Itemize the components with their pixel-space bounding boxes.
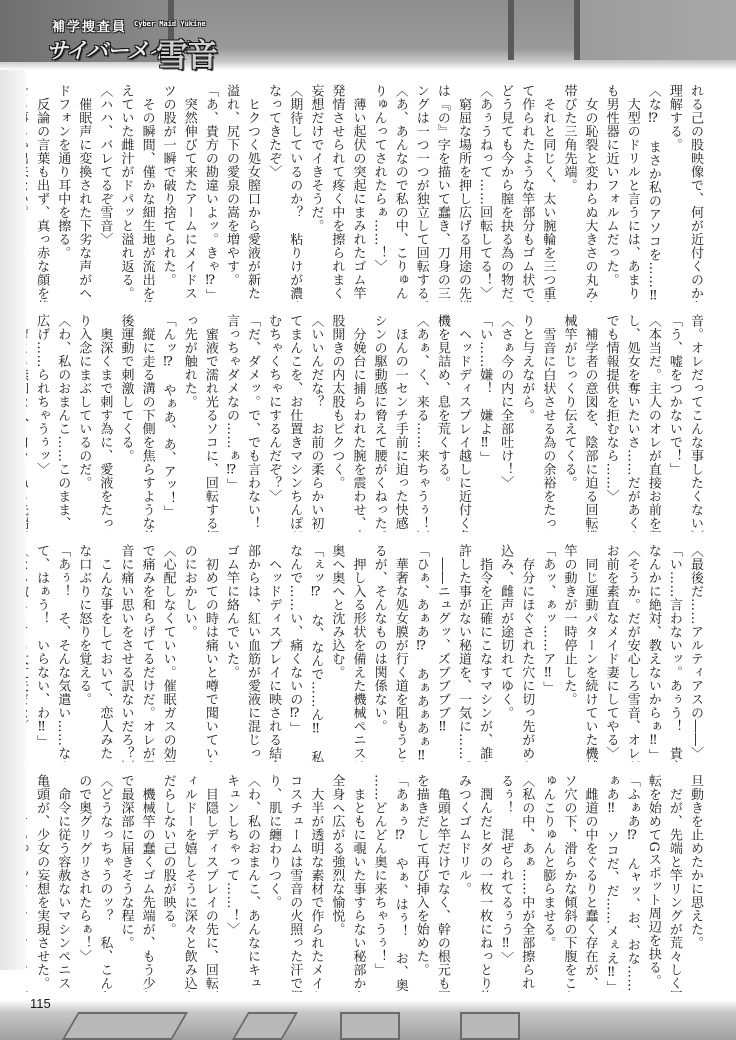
text-column: でも情報提供を拒むなら……〉 xyxy=(601,314,622,532)
text-column: えていた雌汁がドパッと溢れ返る。 xyxy=(115,84,136,302)
text-column: は『の』字を描いて蠢き、刀身の三リ xyxy=(432,84,453,302)
text-column: 〈最後だ……アルティアスの――〉 xyxy=(685,544,706,762)
text-column: 分娩台に捕らわれた腕を震わせ、大 xyxy=(347,314,368,532)
text-column: 〈わ、私のおまんこ……このまま、ひ、 xyxy=(52,314,73,532)
text-column: どう見ても今から膣を抉る為の物だ。 xyxy=(495,84,516,302)
text-column: るぅ！ 混ぜられてるぅう‼〉 xyxy=(495,774,516,992)
text-column: 潤んだヒダの一枚一枚にねっとり絡 xyxy=(474,774,495,992)
text-column: 〈わ、私のおまんこ、あんなにキュン xyxy=(242,774,263,992)
text-column: 発情させられて疼く中を擦られまくる xyxy=(326,84,347,302)
text-column: 機械竿の蠢くゴム先端が、もう少し xyxy=(136,774,157,992)
text-column: 〈なら激しくても大丈夫だな〉 xyxy=(26,544,31,762)
background-frame-shape xyxy=(340,1012,400,1040)
text-column: ――ニュグッ、ズブブブブ‼ xyxy=(432,544,453,762)
text-column: 雪音に白状させる為の余裕をたっぷ xyxy=(537,314,558,532)
text-column: 「だ、ダメッ。で、でも言わない！ xyxy=(242,314,263,532)
text-column: 後運動で刺激してくる。 xyxy=(115,314,136,532)
text-column: 〈あぁ、く、来る……来ちゃうぅ！〉 xyxy=(411,314,432,532)
text-column: 〈な⁉ まさか私のアソコを……‼〉 xyxy=(643,84,664,302)
text-column: 「い……言わないッ。あぅう！ 貴方 xyxy=(664,544,685,762)
text-column: 窮屈な場所を押し広げる用途の先端 xyxy=(453,84,474,302)
text-column: ゴム竿に絡んでいた。 xyxy=(221,544,242,762)
text-column: 「あッ、ぁッ……ア‼」 xyxy=(537,544,558,762)
text-column: 機を見詰め、息を荒くする。 xyxy=(432,314,453,532)
text-tier-1: れる己の股映像で、何が近付くのかを理解する。〈な⁉ まさか私のアソコを……‼〉 … xyxy=(26,84,706,302)
text-column: 蜜液で濡れ光るソコに、回転する切 xyxy=(200,314,221,532)
text-column: 〈いいんだな？ お前の柔らかい初め xyxy=(305,314,326,532)
text-column: 「ふぁあ⁉ んャッ、お、おな……か xyxy=(622,774,643,992)
text-column: ので奥グリグリされたらぁ！〉 xyxy=(73,774,94,992)
text-column: 旦動きを止めたかに思えた。 xyxy=(685,774,706,992)
text-column: 言っちゃダメなの……ぁ⁉」 xyxy=(221,314,242,532)
logo-main-kanji: 雪音 xyxy=(156,30,216,76)
text-column: 目隠しディスプレイの先に、回転デ xyxy=(200,774,221,992)
logo-english-title: Cyber Maid Yukine xyxy=(134,20,206,28)
text-column: ングは一つ一つが独立して回転する。 xyxy=(411,84,432,302)
text-column: 「い……嫌！ 嫌よ‼」 xyxy=(474,314,495,532)
text-column: てまんこを、お仕置きマシンちんぽが xyxy=(284,314,305,532)
text-column: し、処女を奪いたいさ……だがあくま xyxy=(622,314,643,532)
text-column: のにおかしい。 xyxy=(179,544,200,762)
text-column: 「ひぁ、あぁあ⁉ あぁあぁあぁ‼」 xyxy=(411,544,432,762)
text-column: を描きだして再び挿入を始めた。 xyxy=(411,774,432,992)
text-column: 「んッ⁉ やぁあ、あ、アッ！」 xyxy=(158,314,179,532)
series-title-logo: 補学捜査員 Cyber Maid Yukine サイバーメイド 雪音 xyxy=(38,10,238,68)
text-column: ソ穴の下、滑らかな傾斜の下腹をこり xyxy=(558,774,579,992)
footer-background-art xyxy=(0,1000,736,1040)
background-window-pane xyxy=(580,0,736,60)
text-column: 窄まる無知な入り口をうねる先端が xyxy=(26,314,31,532)
text-column: 縦に走る溝の下側を焦らすような前 xyxy=(136,314,157,532)
text-column: みつくゴムドリル。 xyxy=(453,774,474,992)
text-column: 音に痛い思いをさせる訳ないだろ？〉 xyxy=(115,544,136,762)
text-column: 〈期待しているのか？ 粘りけが濃く xyxy=(284,84,305,302)
text-column: 大半が透明な素材で作られたメイド xyxy=(305,774,326,992)
text-column: なってきたぞ〉 xyxy=(263,84,284,302)
text-column: り入念にまぶしているのだ。 xyxy=(73,314,94,532)
text-column: お前を素直なメイド妻にしてやる〉 xyxy=(601,544,622,762)
text-column: 雌道の中をぐるりと蠢く存在が、ヘ xyxy=(579,774,600,992)
text-column: 薄い起伏の突起にまみれたゴム竿で、 xyxy=(347,84,368,302)
text-column: 〈さぁ今の内に全部吐け！〉 xyxy=(495,314,516,532)
text-column: て、はぁう！ いらない、わ‼」 xyxy=(31,544,52,762)
text-column: 溢れ、尻下の愛泉の嵩を増やす。 xyxy=(221,84,242,302)
text-column: 込み、雌声が途切れてゆく。 xyxy=(495,544,516,762)
text-column: 〈本当だ。主人のオレが直接お前を犯 xyxy=(643,314,664,532)
text-column: 音。オレだってこんな事したくない〉 xyxy=(685,314,706,532)
text-column: ヒクつく処女膣口から愛液が新たに xyxy=(242,84,263,302)
text-column: 指令を正確にこなすマシンが、誰も xyxy=(474,544,495,762)
background-frame-shape xyxy=(62,1012,188,1040)
text-column: 〈私の中、あぁ……中が全部擦られて xyxy=(516,774,537,992)
text-column: 竿の動きが一時停止した。 xyxy=(558,544,579,762)
text-column: 「あぁぅ⁉ やぁ、はぅ！ お、奥に xyxy=(390,774,411,992)
text-column: っ先が触れた。 xyxy=(179,314,200,532)
text-column: て作られたような竿部分もゴム状で、 xyxy=(516,84,537,302)
text-column: 亀頭と竿だけでなく、幹の根元も円 xyxy=(432,774,453,992)
text-column: シンの駆動感に脅えて腰がくねった。 xyxy=(369,314,390,532)
text-column: 帯びた三角先端。 xyxy=(558,84,579,302)
text-column: りゅんってされたらぁ……！〉 xyxy=(369,84,390,302)
text-column: 股開きの内太股もピクつく。 xyxy=(326,314,347,532)
text-column: な口ぶりに怒りを覚える。 xyxy=(73,544,94,762)
text-column: 〈あぅうねって……回転してる！〉 xyxy=(474,84,495,302)
background-window-frame xyxy=(508,0,514,60)
text-column: ィルドーを嬉しそうに深々と飲み込む xyxy=(179,774,200,992)
text-column: むちゃくちゃにするんだぞ？〉 xyxy=(263,314,284,532)
text-tier-4: 旦動きを止めたかに思えた。 だが、先端と竿リングが荒々しく回転を始めてGスポット… xyxy=(26,774,706,992)
text-column: 大型のドリルと言うには、あまりに xyxy=(622,84,643,302)
text-column: 同じ運動パターンを続けていた機械 xyxy=(579,544,600,762)
text-column: ツの股が一瞬で破り捨てられた。 xyxy=(158,84,179,302)
text-column: で最深部に届きそうな程に。 xyxy=(115,774,136,992)
text-column: 奥へ奥へと沈み込む。 xyxy=(326,544,347,762)
text-column: れる己の股映像で、何が近付くのかを xyxy=(685,84,706,302)
text-column: で痛みを和らげてるだけだ。オレが雪 xyxy=(136,544,157,762)
text-column: 突然伸びて来たアームにメイドスー xyxy=(179,84,200,302)
text-column: 「ぇッ⁉ な、なんで……ん‼ 私 xyxy=(305,544,326,762)
text-column: なんかに絶対、教えないからぁ‼」 xyxy=(643,544,664,762)
text-column: 械竿がじっくり伝えてくる。 xyxy=(558,314,579,532)
text-column: 全身へ広がる強烈な愉悦。 xyxy=(326,774,347,992)
text-column: ドフォンを通り耳中を擦る。 xyxy=(52,84,73,302)
text-column: 命令に従う容赦ないマシンペニスの xyxy=(52,774,73,992)
text-column: 「う、嘘をつかないで！」 xyxy=(664,314,685,532)
text-column: ぁあ‼ ソコだ、だ……メぇえ‼」 xyxy=(601,774,622,992)
text-column: 〈どうなっちゃうのッ？ 私、こんな xyxy=(94,774,115,992)
text-column: 許した事がない秘道を、一気に……。 xyxy=(453,544,474,762)
text-column: 補学者の意図を、陰部に迫る回転機 xyxy=(579,314,600,532)
text-column: ――ぐちゅうッぐりぐりぐりぐり。 xyxy=(26,774,31,992)
background-frame-shape xyxy=(460,1012,520,1040)
text-column: 華奢な処女膜が行く道を阻もうとす xyxy=(390,544,411,762)
text-column: こんな事をしておいて、恋人みたい xyxy=(94,544,115,762)
text-column: も男性器に近いフォルムだった。 xyxy=(601,84,622,302)
text-column: 理解する。 xyxy=(664,84,685,302)
text-column: まともに覗いた事すらない秘部から xyxy=(347,774,368,992)
text-column: キュンしちゃって……！〉 xyxy=(221,774,242,992)
logo-subtitle: 補学捜査員 xyxy=(52,16,127,35)
background-frame-shape xyxy=(232,1012,298,1040)
text-column: 女の恥裂と変わらぬ大きさの丸みを xyxy=(579,84,600,302)
text-column: 〈ハハ、バレてるぞ雪音〉 xyxy=(94,84,115,302)
text-column: 〈心配しなくていい。催眠ガスの効果 xyxy=(158,544,179,762)
text-column: 〈あ、あんなので私の中、こりゅんこ xyxy=(390,84,411,302)
text-tier-3: 〈最後だ……アルティアスの――〉「い……言わないッ。あぅう！ 貴方なんかに絶対、… xyxy=(26,544,706,762)
text-column: なんで……い、痛くないの⁉」 xyxy=(284,544,305,762)
text-column: 「あぅ！ そ、そんな気遣い……なん xyxy=(52,544,73,762)
side-background-art xyxy=(0,70,28,970)
text-column: 催眠声に変換された下劣な声がヘッ xyxy=(73,84,94,302)
text-column: 妄想だけでイきそうだ。 xyxy=(305,84,326,302)
text-column: だが、先端と竿リングが荒々しく回 xyxy=(664,774,685,992)
text-column: 反論の言葉も出ず、真っ赤な顔を伏 xyxy=(31,84,52,302)
text-column: 転を始めてGスポット周辺を抉る。 xyxy=(643,774,664,992)
text-column: その瞬間、僅かな細生地が流出を抑 xyxy=(136,84,157,302)
text-column: り、肌に纏わりつく。 xyxy=(263,774,284,992)
text-column: 存分にほぐされた穴に切っ先がめり xyxy=(516,544,537,762)
text-column: るが、そんなものは関係ない。 xyxy=(369,544,390,762)
text-column: ヘッドディスプレイ越しに近付く危 xyxy=(453,314,474,532)
text-column: コスチュームは雪音の火照った汗で湿 xyxy=(284,774,305,992)
text-column: それと同じく、太い腕輪を三つ重ね xyxy=(537,84,558,302)
text-column: だらしない己の股が映る。 xyxy=(158,774,179,992)
text-column: 奥深くまで刺す為に、愛液をたっぷ xyxy=(94,314,115,532)
text-column: 亀頭が、少女の妄想を実現させた。 xyxy=(31,774,52,992)
text-column: 押し入る形状を備えた機械ペニスは xyxy=(347,544,368,762)
text-column: 初めての時は痛いと噂で聞いていた xyxy=(200,544,221,762)
text-tier-2: 音。オレだってこんな事したくない〉「う、嘘をつかないで！」〈本当だ。主人のオレが… xyxy=(26,314,706,532)
text-column: 「あ、貴方の勘違いよッ。きゃ⁉」 xyxy=(200,84,221,302)
text-column: ほんの一センチ手前に迫った快感マ xyxy=(390,314,411,532)
text-column: 部からは、紅い血筋が愛液に混じって xyxy=(242,544,263,762)
text-column: 〈そうか。だが安心しろ雪音、オレが xyxy=(622,544,643,762)
text-column: ヘッドディスプレイに映される結合 xyxy=(263,544,284,762)
text-column: りと与えながら。 xyxy=(516,314,537,532)
text-column: 広げ……られちゃうぅッ〉 xyxy=(31,314,52,532)
page-number: 115 xyxy=(30,996,51,1011)
text-column: ゅんこりゅんと膨らませる。 xyxy=(537,774,558,992)
text-column: ……どんどん奥に来ちゃうぅ！」 xyxy=(369,774,390,992)
